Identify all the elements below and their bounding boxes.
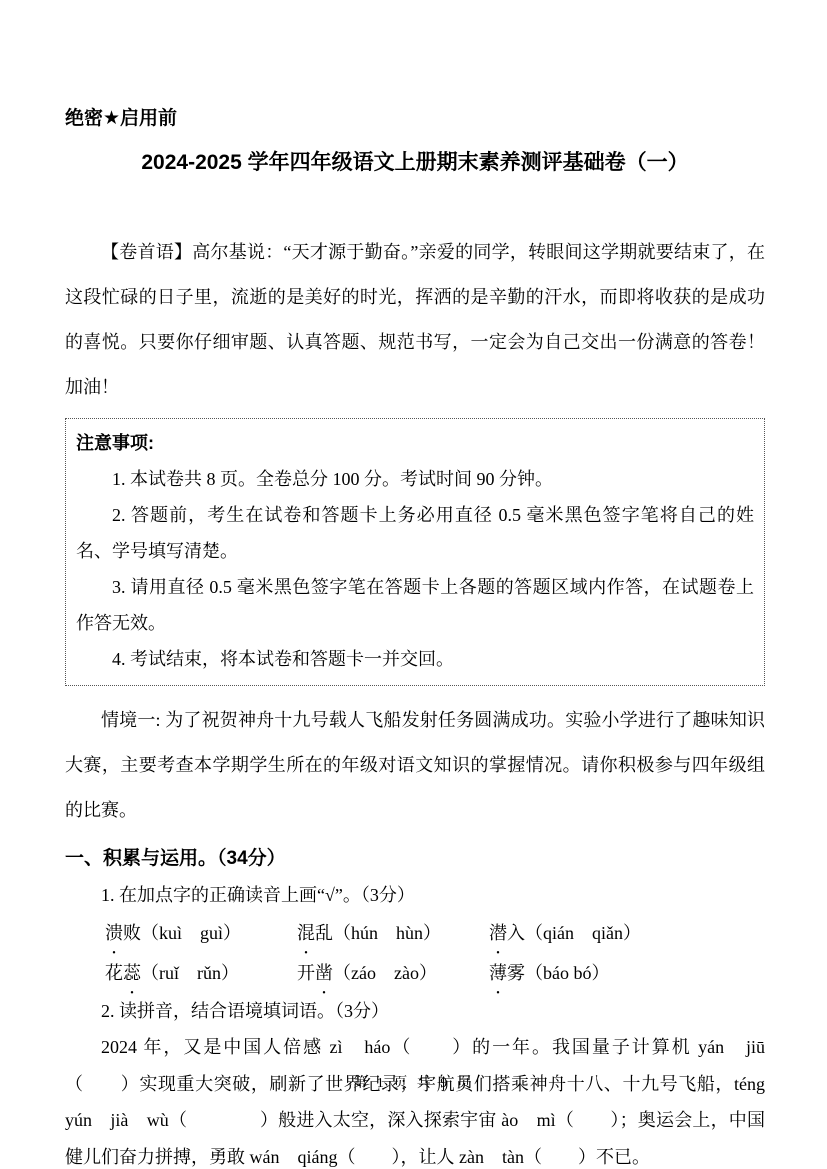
notice-box: 注意事项: 1. 本试卷共 8 页。全卷总分 100 分。考试时间 90 分钟。…: [65, 418, 765, 686]
notice-item-1: 1. 本试卷共 8 页。全卷总分 100 分。考试时间 90 分钟。: [76, 461, 754, 497]
word: 溃败: [105, 923, 141, 943]
intro-paragraph: 【卷首语】高尔基说：“天才源于勤奋。”亲爱的同学，转眼间这学期就要结束了，在这段…: [65, 230, 765, 410]
q1-pinyin-row-1: 溃败（kuì guì） 混乱（hún hùn） 潜入（qián qiǎn）: [105, 913, 765, 953]
pinyin-item-bowu: 薄雾（báo bó）: [489, 953, 610, 993]
pinyin-options: （kuì guì）: [141, 923, 241, 943]
word: 花蕊: [105, 963, 141, 983]
pinyin-item-kaizao: 开凿（záo zào）: [297, 953, 489, 993]
word: 潜入: [489, 923, 525, 943]
section-heading: 一、积累与运用。（34分）: [65, 841, 765, 877]
notice-item-2: 2. 答题前，考生在试卷和答题卡上务必用直径 0.5 毫米黑色签字笔将自己的姓名…: [76, 497, 754, 569]
notice-item-3: 3. 请用直径 0.5 毫米黑色签字笔在答题卡上各题的答题区域内作答，在试题卷上…: [76, 569, 754, 641]
notice-item-4: 4. 考试结束，将本试卷和答题卡一并交回。: [76, 641, 754, 677]
word-pre: 花: [105, 963, 123, 983]
word-rest: 败: [123, 923, 141, 943]
q2-body: 2024 年，又是中国人倍感 zì háo（ ）的一年。我国量子计算机 yán …: [65, 1029, 765, 1169]
pinyin-options: （hún hùn）: [333, 923, 441, 943]
pinyin-item-qianru: 潜入（qián qiǎn）: [489, 913, 641, 953]
page-footer: 第 1 页 共 9 页: [0, 1072, 827, 1092]
word-rest: 乱: [315, 923, 333, 943]
notice-heading: 注意事项:: [76, 425, 754, 461]
pinyin-options: （qián qiǎn）: [525, 923, 641, 943]
scenario-paragraph: 情境一: 为了祝贺神舟十九号载人飞船发射任务圆满成功。实验小学进行了趣味知识大赛…: [65, 698, 765, 833]
pinyin-options: （záo zào）: [333, 963, 437, 983]
word-dotted-char: 潜: [489, 913, 507, 953]
page-title: 2024-2025 学年四年级语文上册期末素养测评基础卷（一）: [65, 148, 765, 178]
q1-pinyin-row-2: 花蕊（ruǐ rǔn） 开凿（záo zào） 薄雾（báo bó）: [105, 953, 765, 993]
q1-prompt: 1. 在加点字的正确读音上画“√”。（3分）: [65, 877, 765, 913]
word: 开凿: [297, 963, 333, 983]
word-dotted-char: 混: [297, 913, 315, 953]
classification-label: 绝密★启用前: [65, 106, 765, 132]
word-rest: 雾: [507, 963, 525, 983]
word-dotted-char: 薄: [489, 953, 507, 993]
word-dotted-char: 蕊: [123, 953, 141, 993]
q2-prompt: 2. 读拼音，结合语境填词语。（3分）: [65, 993, 765, 1029]
word-rest: 入: [507, 923, 525, 943]
pinyin-options: （báo bó）: [525, 963, 610, 983]
pinyin-options: （ruǐ rǔn）: [141, 963, 239, 983]
word: 薄雾: [489, 963, 525, 983]
pinyin-item-huarui: 花蕊（ruǐ rǔn）: [105, 953, 297, 993]
word-dotted-char: 溃: [105, 913, 123, 953]
word: 混乱: [297, 923, 333, 943]
exam-page: 绝密★启用前 2024-2025 学年四年级语文上册期末素养测评基础卷（一） 【…: [0, 0, 827, 1169]
word-pre: 开: [297, 963, 315, 983]
word-dotted-char: 凿: [315, 953, 333, 993]
pinyin-item-hunluan: 混乱（hún hùn）: [297, 913, 489, 953]
pinyin-item-kuibai: 溃败（kuì guì）: [105, 913, 297, 953]
